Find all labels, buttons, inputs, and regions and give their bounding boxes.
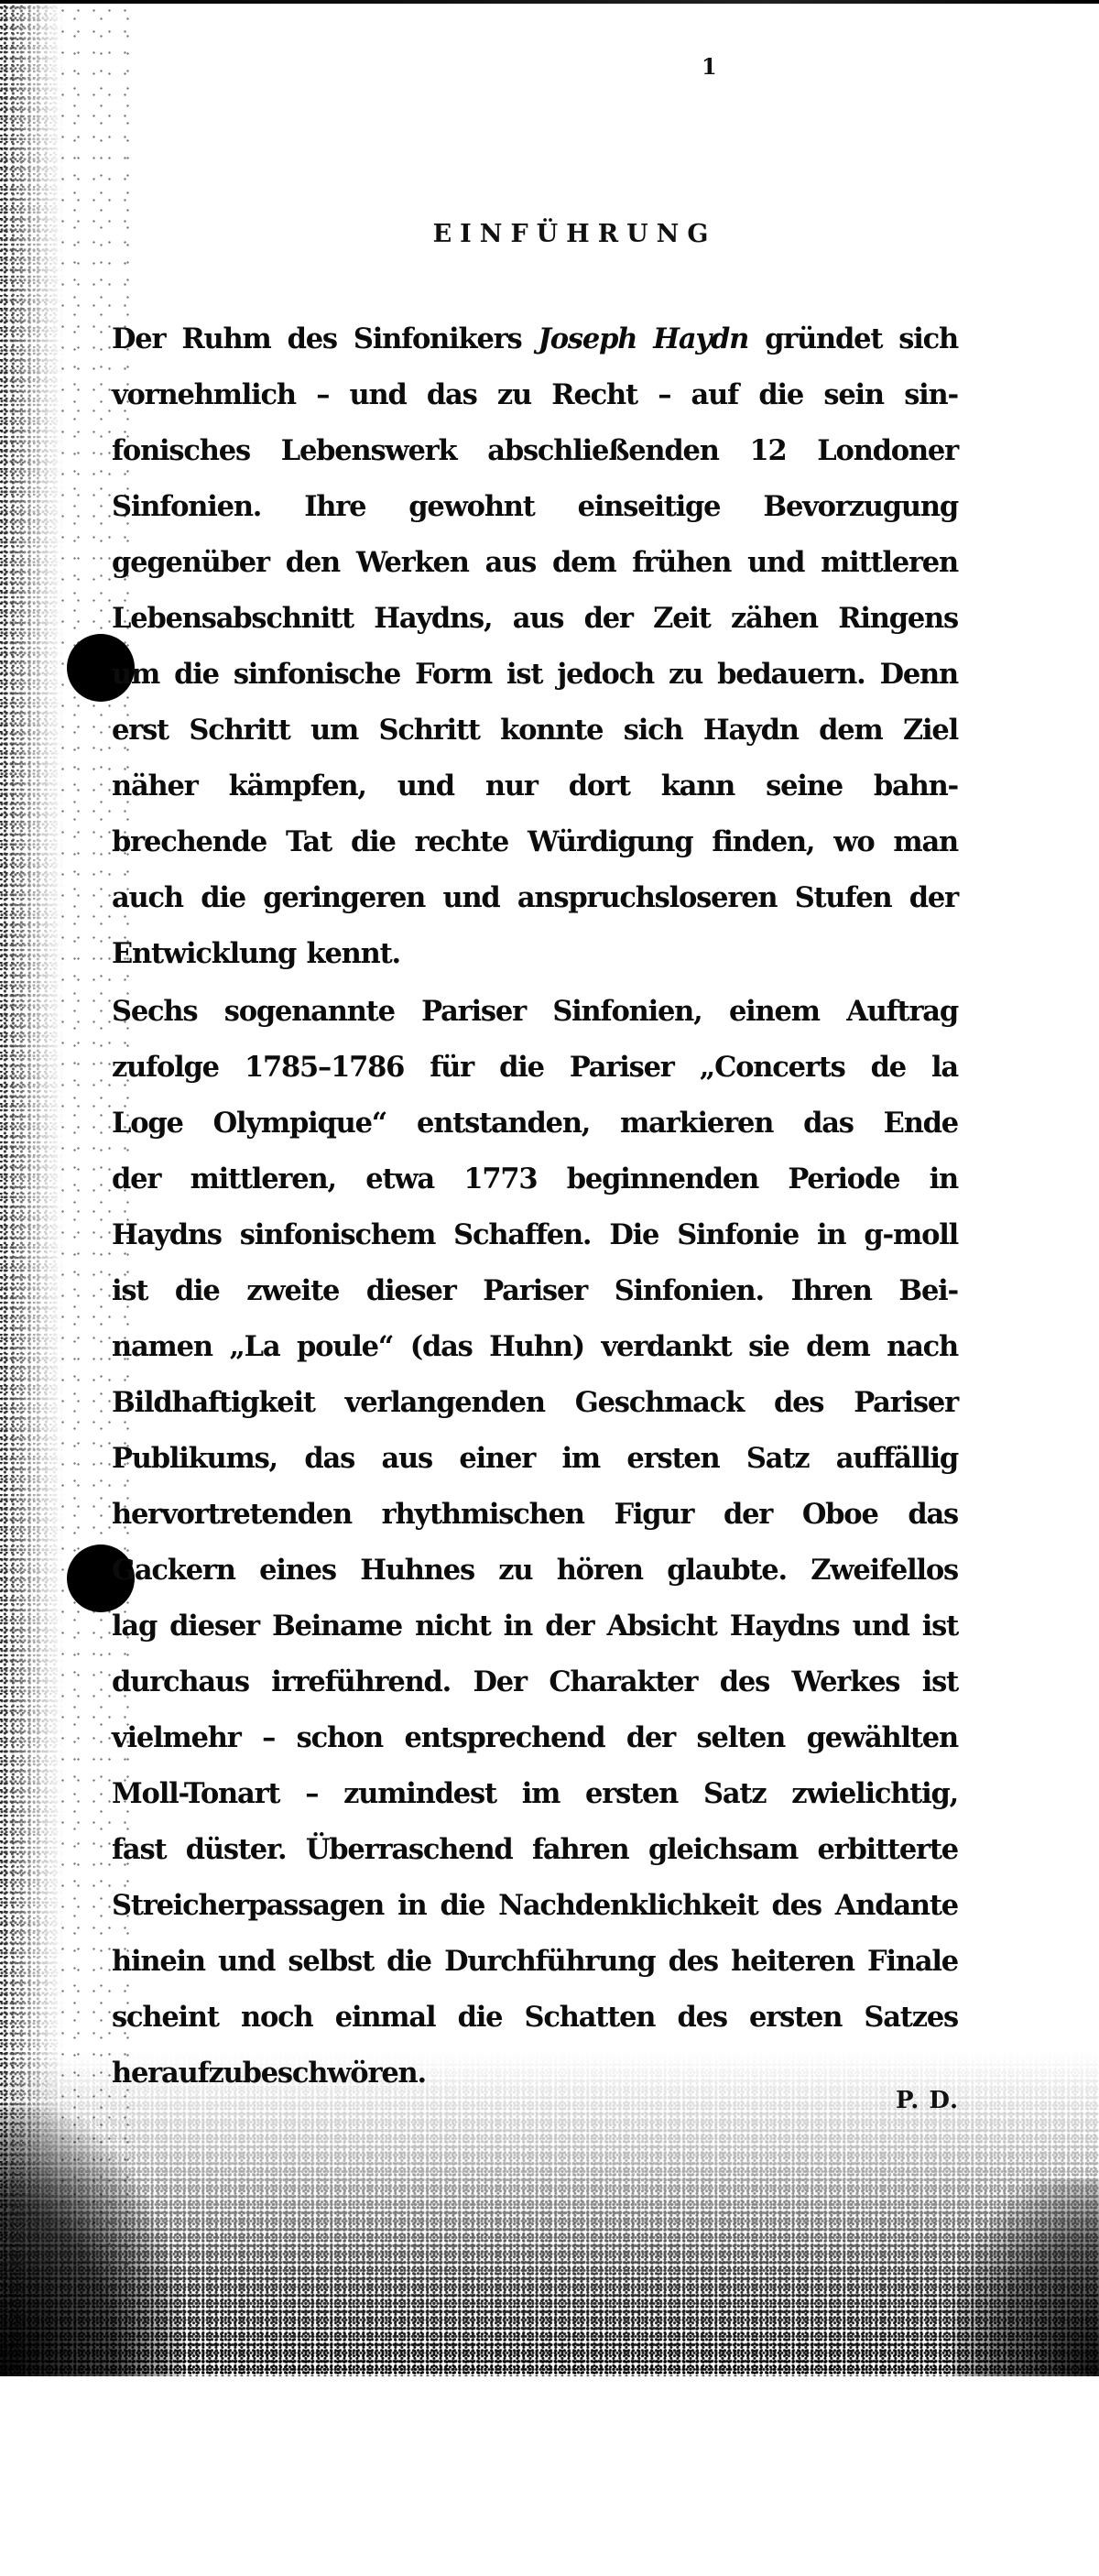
page-title: EINFÜHRUNG: [0, 220, 1099, 248]
text-line: Publikums, das aus einer im ersten Satz …: [112, 1440, 958, 1477]
text-line: Haydns sinfonischem Schaffen. Die Sinfon…: [112, 1217, 958, 1253]
text-line: zufolge 1785–1786 für die Pariser „Conce…: [112, 1049, 958, 1086]
text-line: Loge Olympique“ entstanden, markieren da…: [112, 1105, 958, 1141]
text-line: auch die geringeren und anspruchsloseren…: [112, 879, 958, 916]
text-line: erst Schritt um Schritt konnte sich Hayd…: [112, 712, 958, 748]
text-line: Entwicklung kennt.: [112, 935, 958, 972]
text-line: Der Ruhm des Sinfonikers Joseph Haydn gr…: [112, 321, 958, 357]
text-line: durchaus irreführend. Der Charakter des …: [112, 1664, 958, 1700]
text-line: gegenüber den Werken aus dem frühen und …: [112, 544, 958, 581]
text-line: Sechs sogenannte Pariser Sinfonien, eine…: [112, 993, 958, 1030]
text-line: Moll-Tonart – zumindest im ersten Satz z…: [112, 1775, 958, 1812]
text-line: brechende Tat die rechte Würdigung finde…: [112, 824, 958, 860]
author-initials: P. D.: [896, 2087, 959, 2114]
scan-shadow-bottom-right: [952, 2180, 1099, 2376]
text-line: hinein und selbst die Durchführung des h…: [112, 1943, 958, 1980]
text-line: näher kämpfen, und nur dort kann seine b…: [112, 768, 958, 804]
text-line: fast düster. Überraschend fahren gleichs…: [112, 1831, 958, 1868]
text-line: Sinfonien. Ihre gewohnt einseitige Bevor…: [112, 488, 958, 525]
text-line: der mittleren, etwa 1773 beginnenden Per…: [112, 1161, 958, 1197]
scan-top-edge: [0, 0, 1099, 4]
text-line: fonisches Lebenswerk abschließenden 12 L…: [112, 432, 958, 469]
text-line: Streicherpassagen in die Nachdenklichkei…: [112, 1887, 958, 1924]
text-line: Bildhaftigkeit verlangenden Geschmack de…: [112, 1384, 958, 1421]
text-line: namen „La poule“ (das Huhn) verdankt sie…: [112, 1328, 958, 1365]
text-line: ist die zweite dieser Pariser Sinfonien.…: [112, 1272, 958, 1309]
text-line: vielmehr – schon entsprechend der selten…: [112, 1719, 958, 1756]
text-line: Gackern eines Huhnes zu hören glaubte. Z…: [112, 1552, 958, 1588]
text-line: um die sinfonische Form ist jedoch zu be…: [112, 656, 958, 693]
composer-name: Joseph Haydn: [539, 322, 749, 355]
text-line: lag dieser Beiname nicht in der Absicht …: [112, 1608, 958, 1644]
text-line: hervortretenden rhythmischen Figur der O…: [112, 1496, 958, 1533]
page-number: 1: [702, 53, 717, 80]
page-title-text: EINFÜHRUNG: [433, 220, 717, 248]
text-line: scheint noch einmal die Schatten des ers…: [112, 1999, 958, 2036]
text-line: vornehmlich – und das zu Recht – auf die…: [112, 377, 958, 413]
scan-shadow-bottom-left: [0, 2107, 183, 2376]
text-line: Lebensabschnitt Haydns, aus der Zeit zäh…: [112, 600, 958, 637]
text-line: heraufzubeschwören.: [112, 2055, 958, 2091]
scanned-page: 1 EINFÜHRUNG Der Ruhm des Sinfonikers Jo…: [0, 0, 1099, 2376]
